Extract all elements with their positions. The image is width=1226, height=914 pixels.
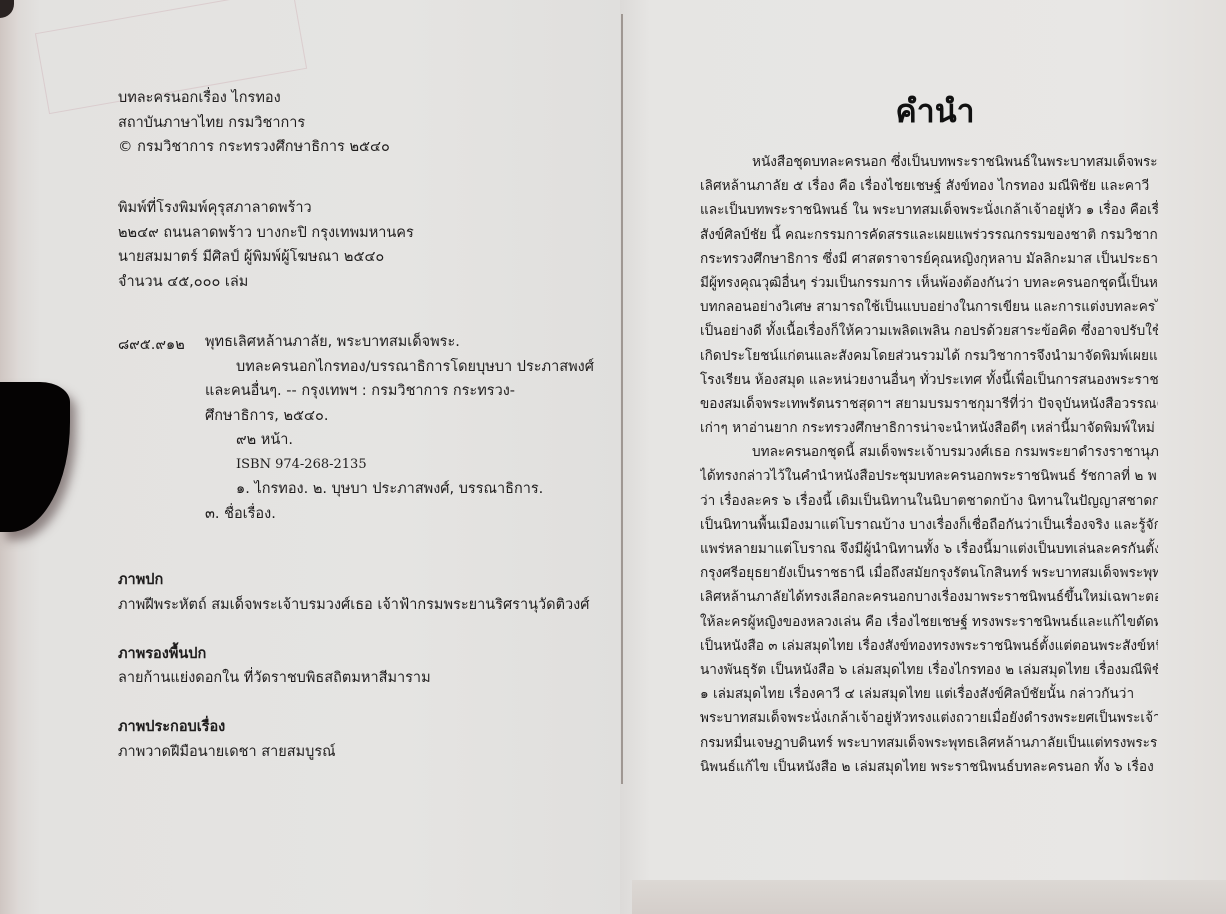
preface-line: เก่าๆ หาอ่านยาก กระทรวงศึกษาธิการน่าจะนำ…: [700, 416, 1158, 440]
preface-line: เป็นอย่างดี ทั้งเนื้อเรื่องก็ให้ความเพลิ…: [700, 319, 1158, 343]
credit-text: ภาพวาดฝีมือนายเดชา สายสมบูรณ์: [118, 740, 589, 765]
catalog-line: ๙๒ หน้า.: [205, 428, 594, 453]
preface-line: ๑ เล่มสมุดไทย เรื่องคาวี ๔ เล่มสมุดไทย แ…: [700, 682, 1158, 706]
page-title: คำนำ: [880, 86, 990, 137]
preface-line: มีผู้ทรงคุณวุฒิอื่นๆ ร่วมเป็นกรรมการ เห็…: [700, 271, 1158, 295]
credit-heading: ภาพประกอบเรื่อง: [118, 715, 589, 740]
call-number: ๘๙๕.๙๑๒: [118, 333, 185, 356]
preface-line: เป็นหนังสือ ๓ เล่มสมุดไทย เรื่องสังข์ทอง…: [700, 634, 1158, 658]
page-edge-bottom: [632, 880, 1226, 914]
catalog-line: พุทธเลิศหล้านภาลัย, พระบาทสมเด็จพระ.: [205, 330, 594, 355]
preface-line: ว่า เรื่องละคร ๖ เรื่องนี้ เดิมเป็นนิทาน…: [700, 489, 1158, 513]
credit-text: ลายก้านแย่งดอกใน ที่วัดราชบพิธสถิตมหาสีม…: [118, 666, 589, 691]
preface-line: กระทรวงศึกษาธิการ ซึ่งมี ศาสตราจารย์คุณห…: [700, 247, 1158, 271]
preface-line: เกิดประโยชน์แก่ตนและสังคมโดยส่วนรวมได้ ก…: [700, 344, 1158, 368]
preface-line: บทละครนอกชุดนี้ สมเด็จพระเจ้าบรมวงศ์เธอ …: [700, 440, 1158, 464]
preface-line: เป็นนิทานพื้นเมืองมาแต่โบราณบ้าง บางเรื่…: [700, 513, 1158, 537]
preface-line: นิพนธ์แก้ไข เป็นหนังสือ ๒ เล่มสมุดไทย พร…: [700, 755, 1158, 779]
catalog-line: ศึกษาธิการ, ๒๕๔๐.: [205, 404, 594, 429]
imprint-line: บทละครนอกเรื่อง ไกรทอง: [118, 86, 390, 111]
printer-block: พิมพ์ที่โรงพิมพ์คุรุสภาลาดพร้าว ๒๒๔๙ ถนน…: [118, 196, 414, 294]
cataloging-block: พุทธเลิศหล้านภาลัย, พระบาทสมเด็จพระ. บทล…: [205, 330, 594, 526]
preface-line: แพร่หลายมาแต่โบราณ จึงมีผู้นำนิทานทั้ง ๖…: [700, 537, 1158, 561]
preface-line: โรงเรียน ห้องสมุด และหน่วยงานอื่นๆ ทั่วป…: [700, 368, 1158, 392]
preface-body: หนังสือชุดบทละครนอก ซึ่งเป็นบทพระราชนิพน…: [700, 150, 1158, 779]
preface-line: นางพันธุรัต เป็นหนังสือ ๖ เล่มสมุดไทย เร…: [700, 658, 1158, 682]
catalog-line: ๓. ชื่อเรื่อง.: [205, 502, 594, 527]
credit-text: ภาพฝีพระหัตถ์ สมเด็จพระเจ้าบรมวงศ์เธอ เจ…: [118, 593, 589, 618]
catalog-line: ๑. ไกรทอง. ๒. บุษบา ประภาสพงศ์, บรรณาธิก…: [205, 477, 594, 502]
preface-line: กรมหมื่นเจษฎาบดินทร์ พระบาทสมเด็จพระพุทธ…: [700, 731, 1158, 755]
credits-block: ภาพปก ภาพฝีพระหัตถ์ สมเด็จพระเจ้าบรมวงศ์…: [118, 568, 589, 764]
preface-line: และเป็นบทพระราชนิพนธ์ ใน พระบาทสมเด็จพระ…: [700, 198, 1158, 222]
preface-line: ให้ละครผู้หญิงของหลวงเล่น คือ เรื่องไชยเ…: [700, 610, 1158, 634]
isbn: ISBN 974-268-2135: [205, 453, 594, 478]
left-page: บทละครนอกเรื่อง ไกรทอง สถาบันภาษาไทย กรม…: [0, 0, 620, 914]
imprint-line: สถาบันภาษาไทย กรมวิชาการ: [118, 111, 390, 136]
credit-heading: ภาพรองพื้นปก: [118, 642, 589, 667]
imprint-block: บทละครนอกเรื่อง ไกรทอง สถาบันภาษาไทย กรม…: [118, 86, 390, 160]
preface-line: กรุงศรีอยุธยายังเป็นราชธานี เมื่อถึงสมัย…: [700, 561, 1158, 585]
printer-line: ๒๒๔๙ ถนนลาดพร้าว บางกะปิ กรุงเทพมหานคร: [118, 221, 414, 246]
thumb-shadow: [0, 382, 70, 532]
preface-line: สังข์ศิลป์ชัย นี้ คณะกรรมการคัดสรรและเผย…: [700, 223, 1158, 247]
credit-heading: ภาพปก: [118, 568, 589, 593]
catalog-line: และคนอื่นๆ. -- กรุงเทพฯ : กรมวิชาการ กระ…: [205, 379, 594, 404]
preface-line: ได้ทรงกล่าวไว้ในคำนำหนังสือประชุมบทละครน…: [700, 464, 1158, 488]
printer-line: นายสมมาตร์ มีศิลป์ ผู้พิมพ์ผู้โฆษณา ๒๕๔๐: [118, 245, 414, 270]
preface-line: พระบาทสมเด็จพระนั่งเกล้าเจ้าอยู่หัวทรงแต…: [700, 706, 1158, 730]
printer-line: จำนวน ๔๕,๐๐๐ เล่ม: [118, 270, 414, 295]
preface-line: บทกลอนอย่างวิเศษ สามารถใช้เป็นแบบอย่างใน…: [700, 295, 1158, 319]
preface-line: ของสมเด็จพระเทพรัตนราชสุดาฯ สยามบรมราชกุ…: [700, 392, 1158, 416]
preface-line: เลิศหล้านภาลัย ๕ เรื่อง คือ เรื่องไชยเชษ…: [700, 174, 1158, 198]
catalog-line: บทละครนอกไกรทอง/บรรณาธิการโดยบุษบา ประภา…: [205, 355, 594, 380]
printer-line: พิมพ์ที่โรงพิมพ์คุรุสภาลาดพร้าว: [118, 196, 414, 221]
book-spine: [621, 14, 623, 784]
preface-line: เลิศหล้านภาลัยได้ทรงเลือกละครนอกบางเรื่อ…: [700, 585, 1158, 609]
preface-line: หนังสือชุดบทละครนอก ซึ่งเป็นบทพระราชนิพน…: [700, 150, 1158, 174]
imprint-line: © กรมวิชาการ กระทรวงศึกษาธิการ ๒๕๔๐: [118, 135, 390, 160]
